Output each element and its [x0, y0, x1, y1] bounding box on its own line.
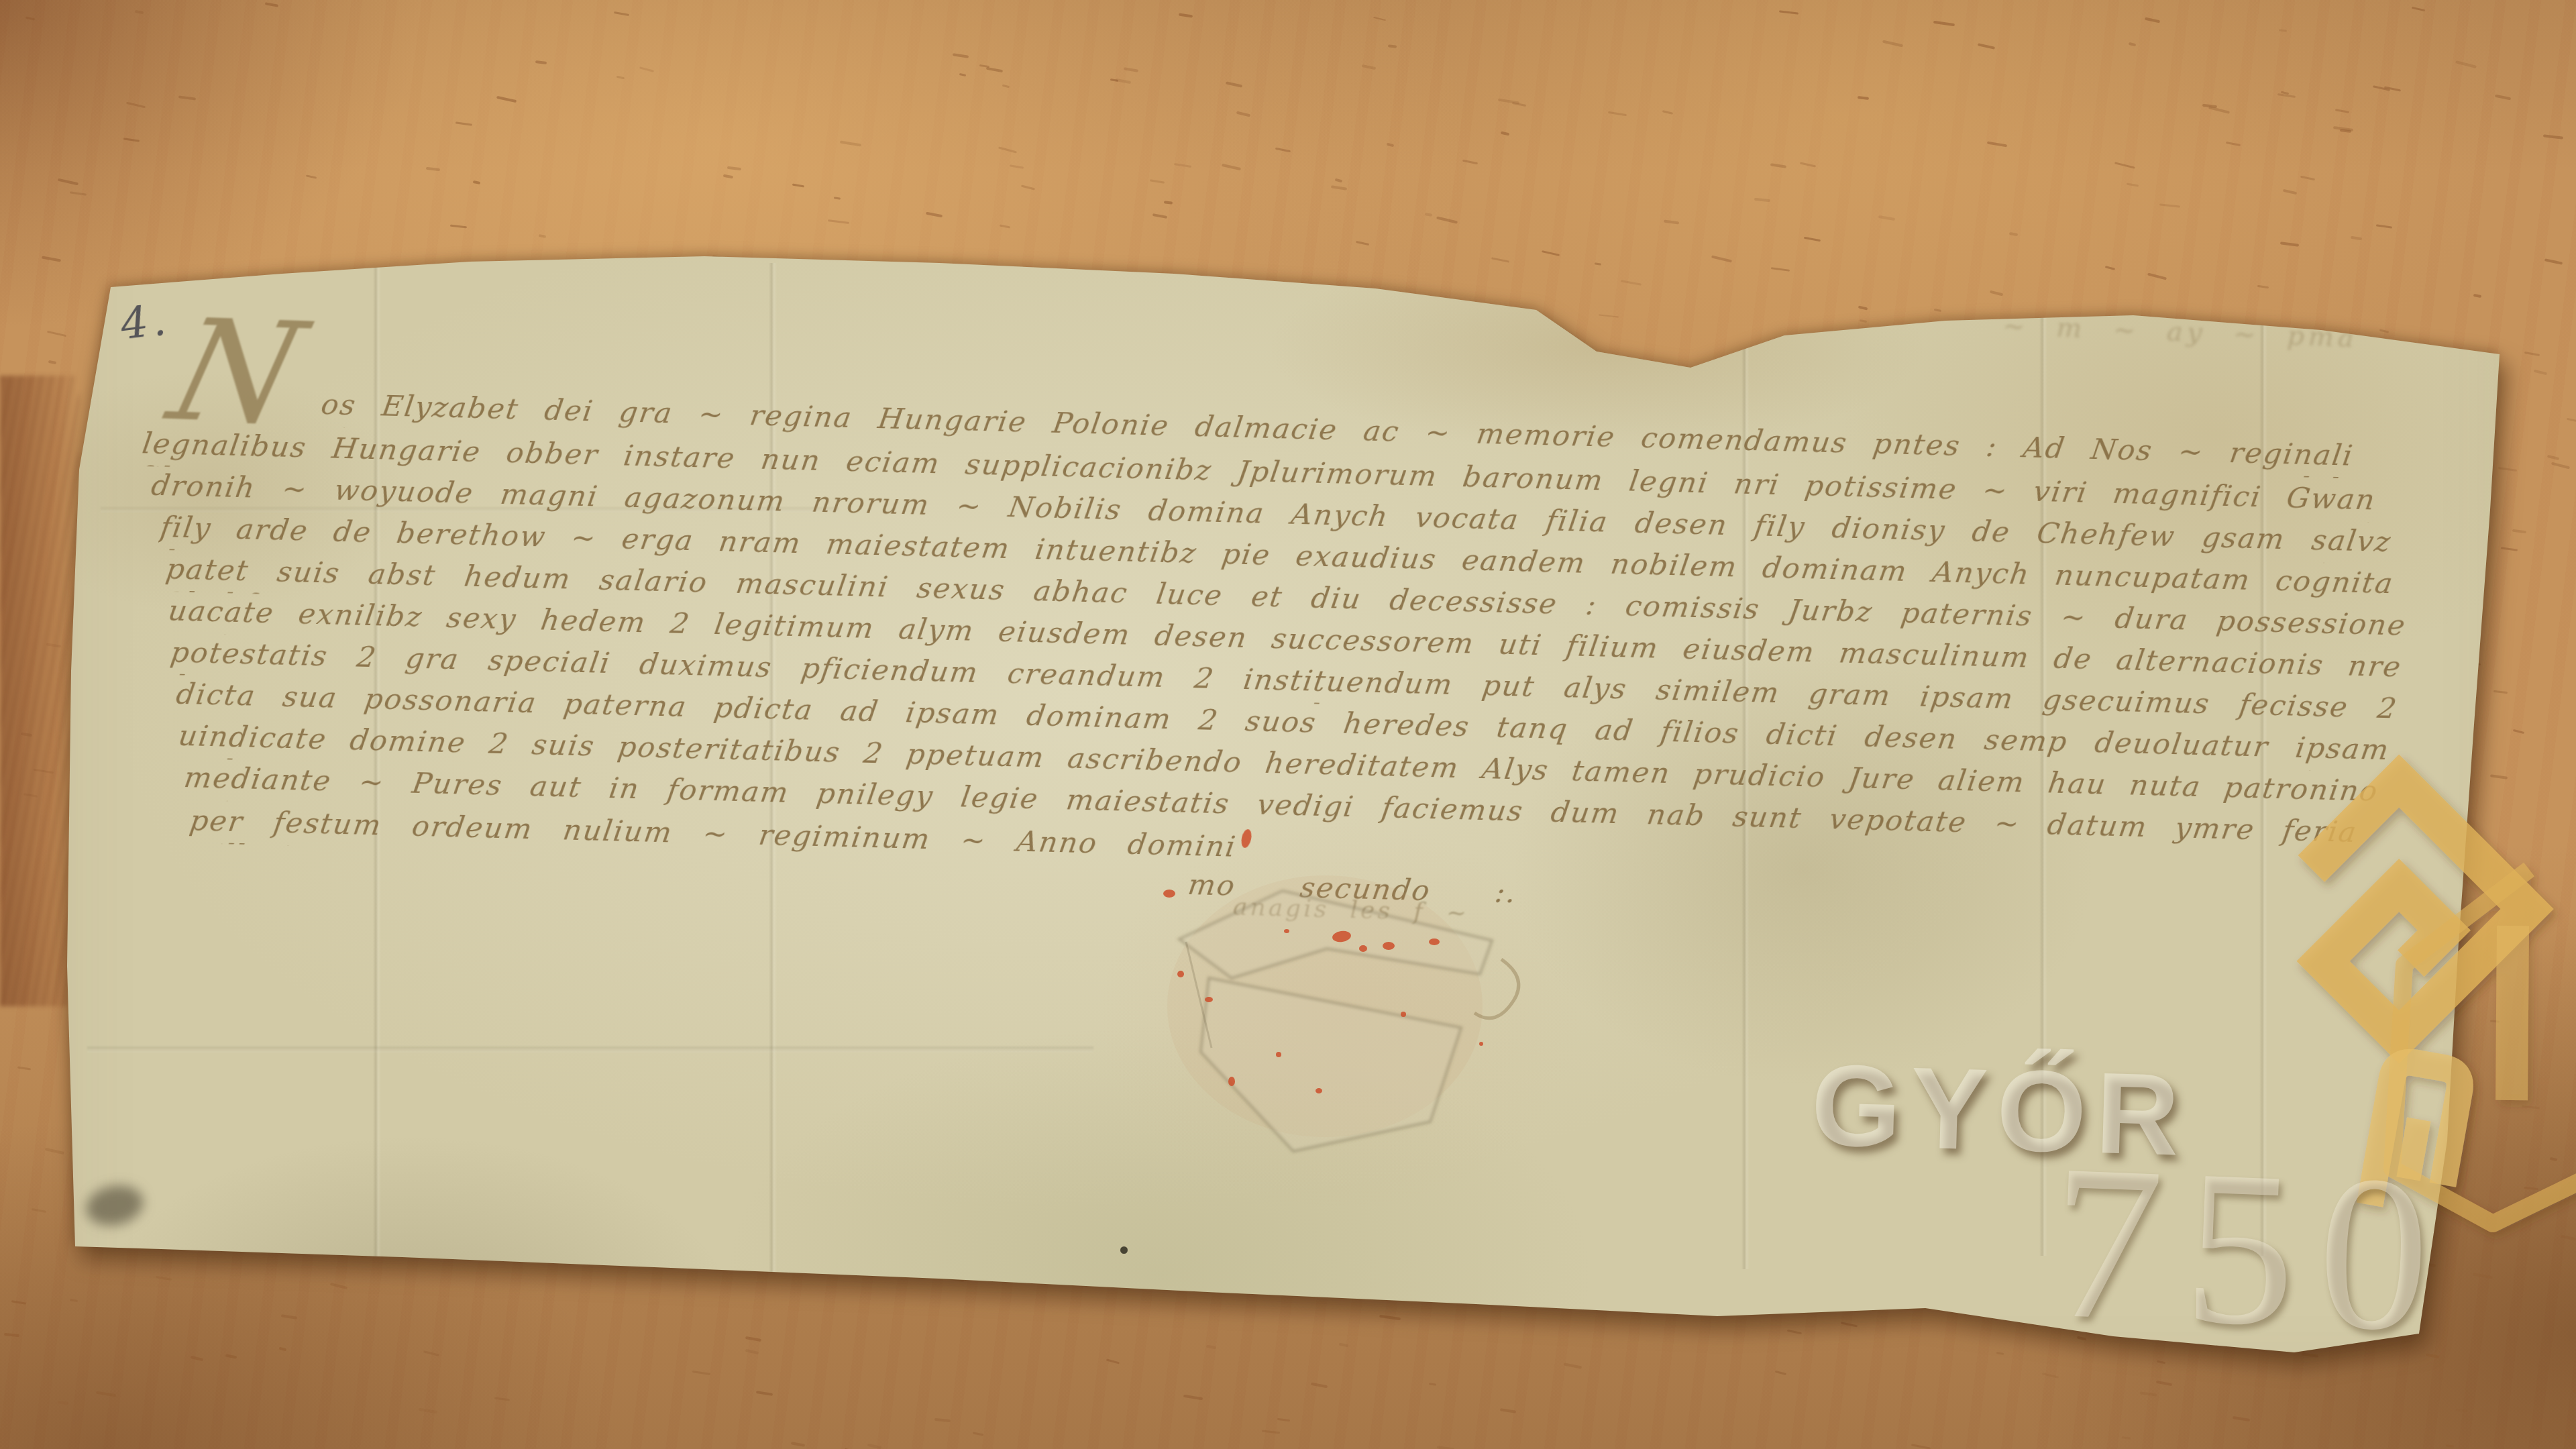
- faded-archival-note: ~ m ~ ay ~ pma: [2002, 311, 2358, 354]
- ink-speck: [1120, 1246, 1128, 1254]
- manuscript-text-block: os Elyzabet dei gra ~ regina Hungarie Po…: [87, 362, 2421, 984]
- photograph: 4. N os Elyzabet dei gra ~ regina Hungar…: [0, 0, 2576, 1449]
- watermark-anniversary-number: 750: [2047, 1114, 2457, 1384]
- corner-stain: [83, 1181, 147, 1231]
- archival-number: 4.: [118, 295, 173, 350]
- ink-speck: [2404, 334, 2410, 340]
- horizontal-crease: [87, 1046, 1093, 1053]
